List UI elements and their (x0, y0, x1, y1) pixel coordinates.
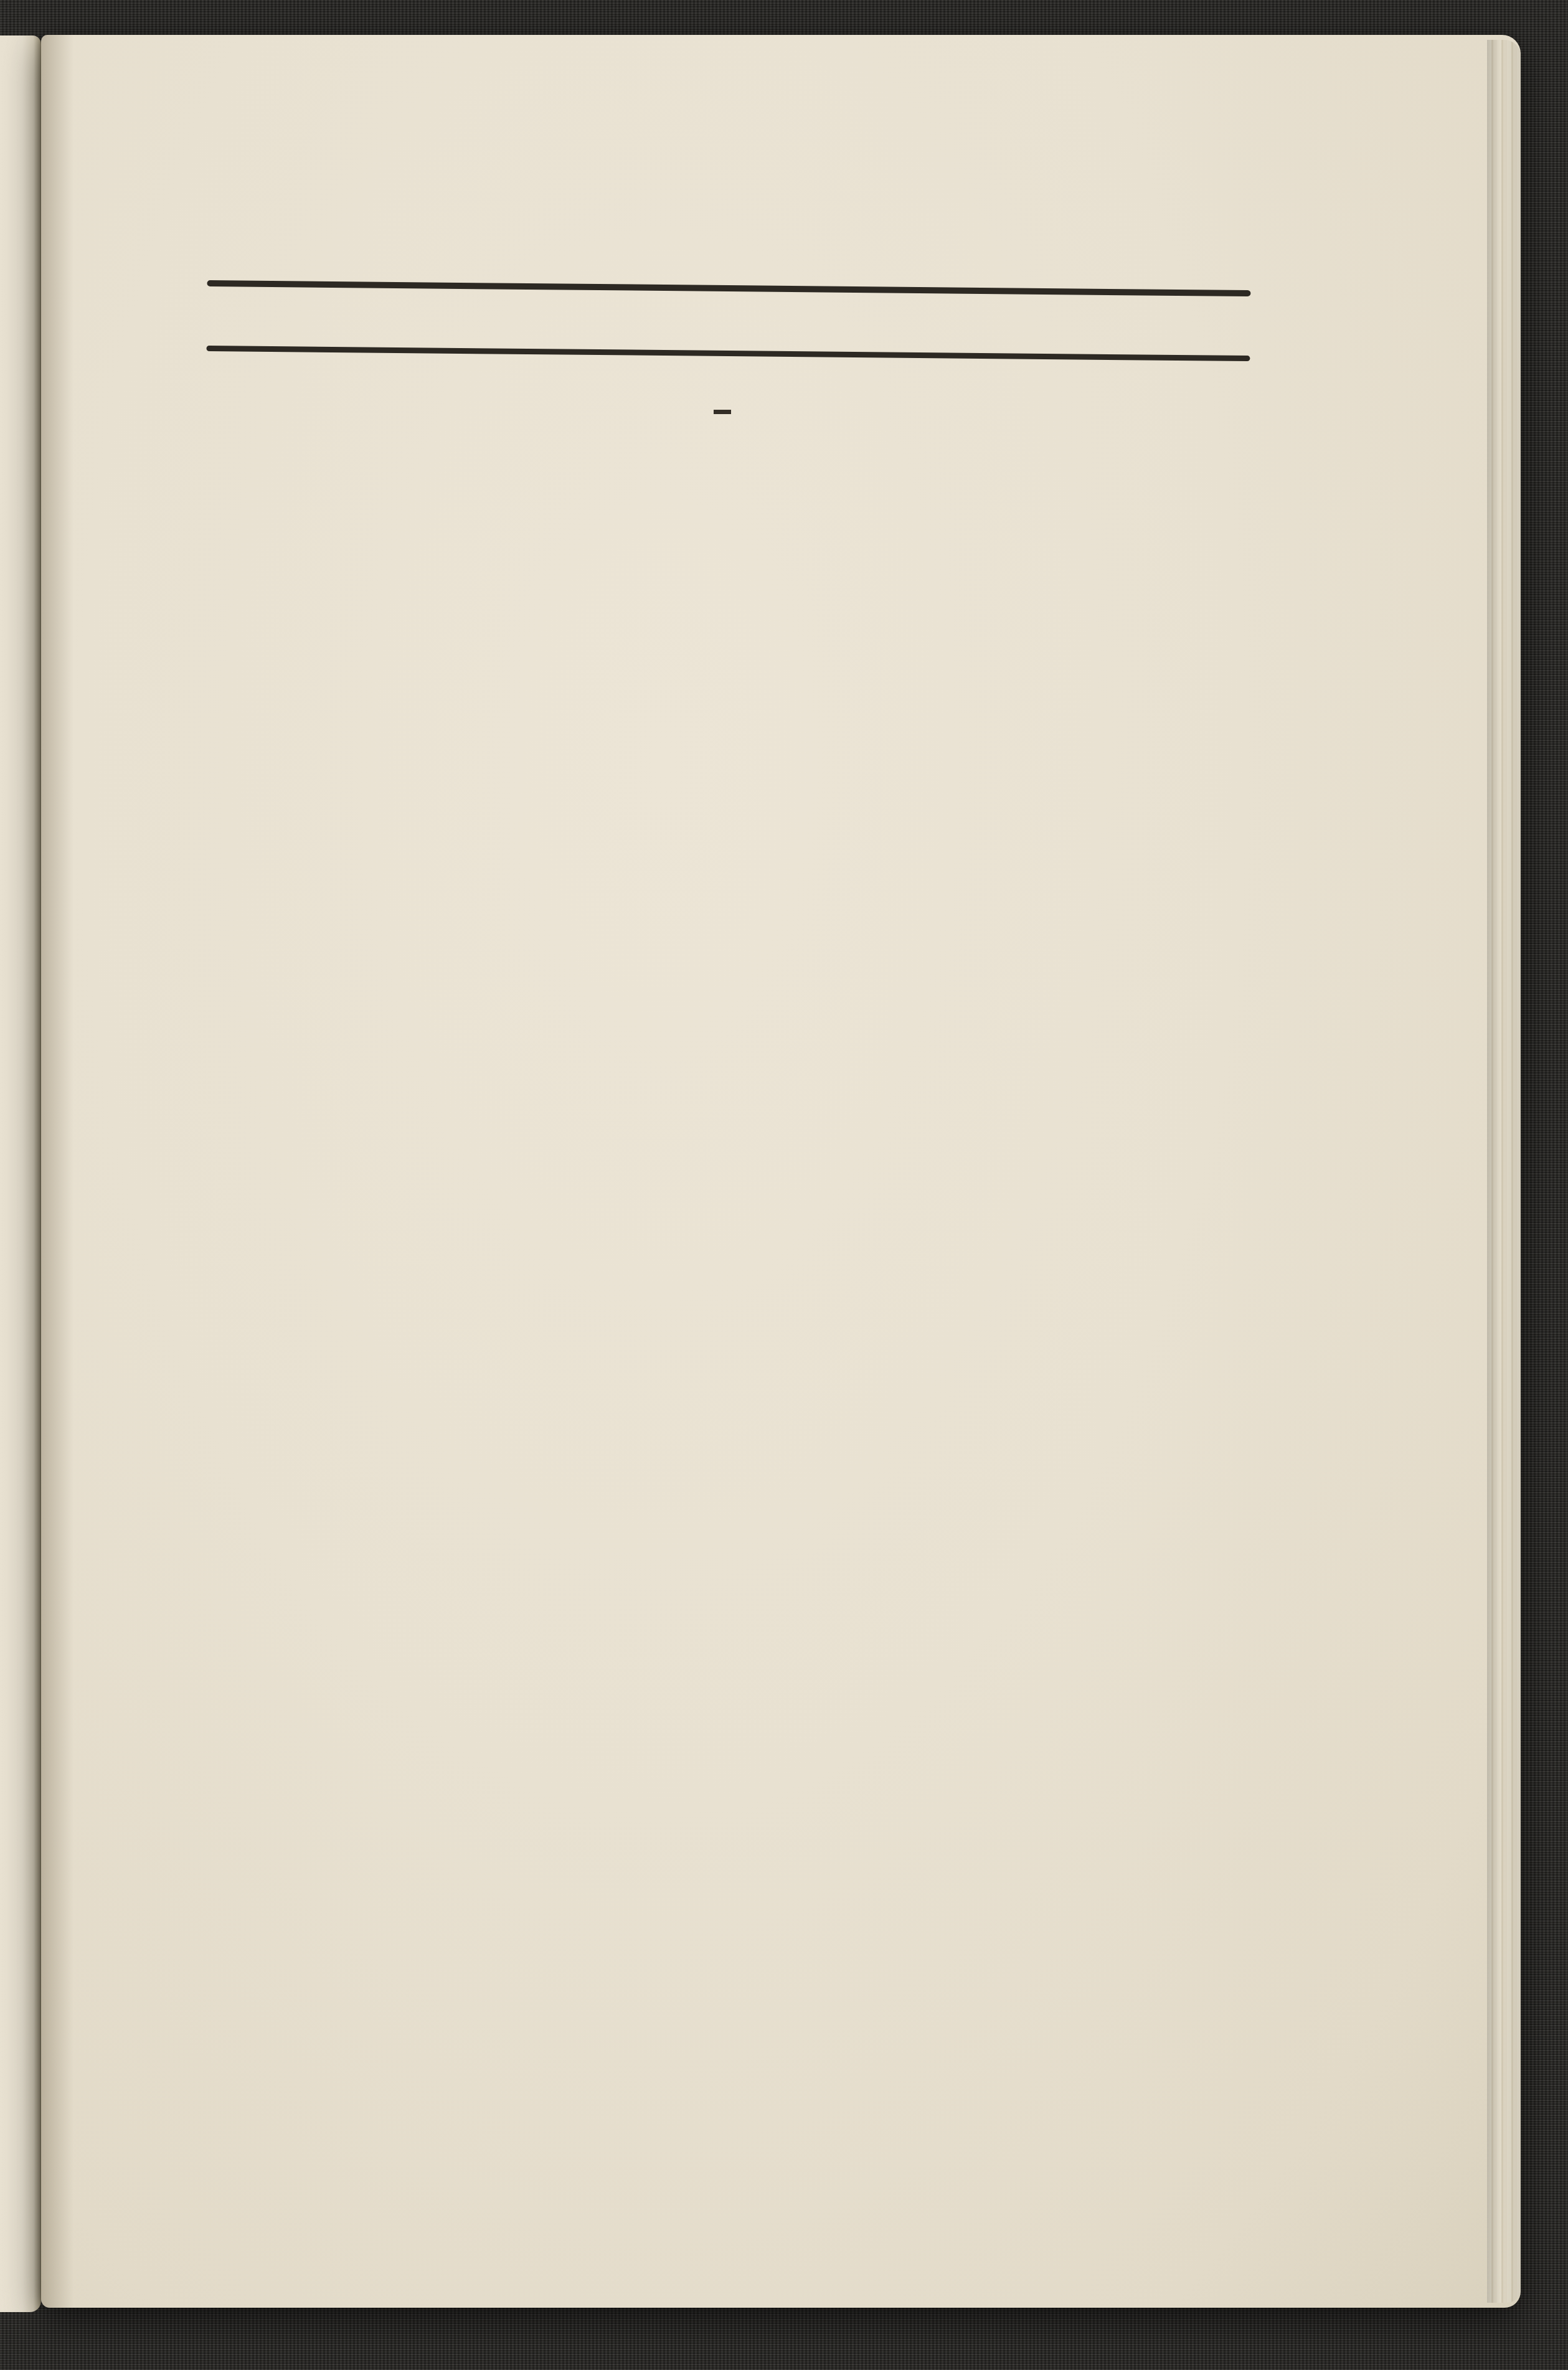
adjacent-page-edge (0, 35, 41, 2312)
header-rule-bottom (206, 346, 1250, 361)
header-row (207, 291, 1251, 340)
fraction (714, 404, 731, 420)
fraction-numerator (714, 404, 731, 414)
page-number (1247, 301, 1247, 340)
fraction-denominator (714, 414, 731, 420)
book-page (41, 35, 1521, 2308)
page-header (206, 280, 1250, 361)
formula (207, 404, 1250, 420)
body-text (207, 394, 1250, 434)
book-scan-background: { "header": { "title": "DITCH-BLASTING",… (0, 0, 1568, 2370)
